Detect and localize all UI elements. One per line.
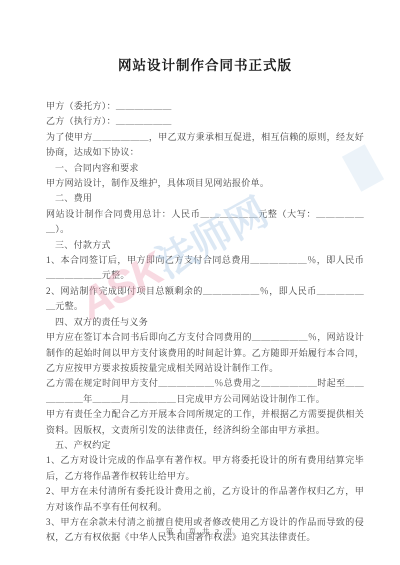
- contract-body: 甲方（委托方）：＿＿＿＿＿＿ 乙方（执行方）：＿＿＿＿＿＿ 为了使甲方＿＿＿＿＿…: [46, 99, 364, 546]
- section-4-body-3: 甲方有责任全力配合乙方开展本合同所规定的工作，并根据乙方需要提供相关资料。因版权…: [46, 407, 364, 438]
- document-title: 网站设计制作合同书正式版: [46, 54, 364, 74]
- section-3-item-1: 1、本合同签订后，甲方即向乙方支付合同总费用＿＿＿＿＿＿％，即人民币＿＿＿＿＿＿…: [46, 253, 364, 284]
- section-4-body-2: 乙方需在规定时间甲方支付＿＿＿＿＿＿％总费用之＿＿＿＿＿＿时起至＿＿＿＿＿＿年＿…: [46, 376, 364, 407]
- page-number: 第 1 页 共 2 页: [0, 526, 400, 537]
- para-party-a: 甲方（委托方）：＿＿＿＿＿＿: [46, 99, 364, 114]
- para-party-b: 乙方（执行方）：＿＿＿＿＿＿: [46, 114, 364, 129]
- contract-page: ASK法师网 网站设计制作合同书正式版 甲方（委托方）：＿＿＿＿＿＿ 乙方（执行…: [0, 0, 400, 565]
- section-5-heading: 五、产权约定: [46, 438, 364, 453]
- section-4-body-1: 甲方应在签订本合同书后即向乙方支付合同费用的＿＿＿＿＿＿％，网站设计制作的起始时…: [46, 330, 364, 376]
- para-preamble: 为了使甲方＿＿＿＿＿＿，甲乙双方秉承相互促进，相互信赖的原则，经友好协商，达成如…: [46, 130, 364, 161]
- section-4-heading: 四、双方的责任与义务: [46, 315, 364, 330]
- section-5-item-1: 1、乙方对设计完成的作品享有著作权。甲方将委托设计的所有费用结算完毕后，乙方将作…: [46, 453, 364, 484]
- section-5-item-2: 2、甲方在未付清所有委托设计费用之前，乙方设计的作品著作权归乙方，甲方对该作品不…: [46, 484, 364, 515]
- section-3-heading: 三、付款方式: [46, 238, 364, 253]
- section-3-item-2: 2、网站制作完成即付项目总额剩余的＿＿＿＿＿＿％，即人民币＿＿＿＿＿＿元整。: [46, 284, 364, 315]
- section-2-heading: 二、费用: [46, 191, 364, 206]
- section-1-body: 甲方网站设计，制作及维护，具体项目见网站报价单。: [46, 176, 364, 191]
- section-1-heading: 一、合同内容和要求: [46, 161, 364, 176]
- section-2-body: 网站设计制作合同费用总计：人民币＿＿＿＿＿＿元整（大写：＿＿＿＿＿＿）。: [46, 207, 364, 238]
